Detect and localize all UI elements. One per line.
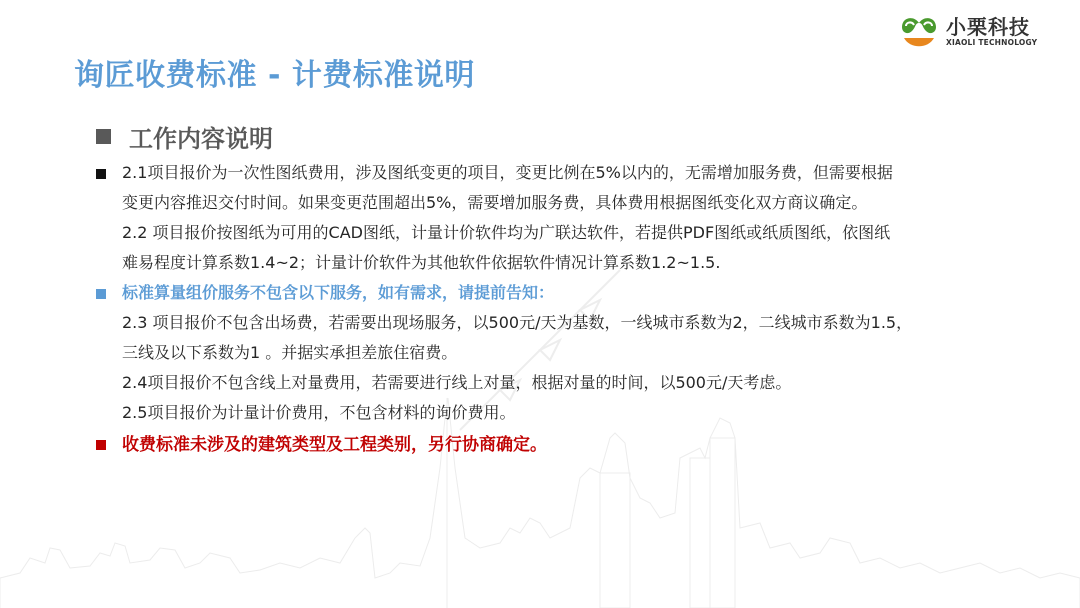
chestnut-logo-icon: [896, 13, 942, 51]
exclusions-heading: 标准算量组价服务不包含以下服务，如有需求，请提前告知：: [122, 278, 554, 308]
list-item: 2.1项目报价为一次性图纸费用，涉及图纸变更的项目，变更比例在5%以内的，无需增…: [96, 158, 1016, 278]
square-bullet-icon: [96, 129, 111, 144]
item-line: 2.3 项目报价不包含出场费，若需要出现场服务，以500元/天为基数，一线城市系…: [122, 308, 1016, 338]
item-line: 2.5项目报价为计量计价费用，不包含材料的询价费用。: [122, 398, 1016, 428]
page-title: 询匠收费标准 - 计费标准说明: [74, 50, 475, 94]
item-line: 2.4项目报价不包含线上对量费用，若需要进行线上对量，根据对量的时间，以500元…: [122, 368, 1016, 398]
list-item: 收费标准未涉及的建筑类型及工程类别，另行协商确定。: [96, 428, 1016, 462]
red-square-bullet-icon: [96, 440, 106, 450]
list-item: 标准算量组价服务不包含以下服务，如有需求，请提前告知：: [96, 278, 1016, 308]
item-line: 2.2 项目报价按图纸为可用的CAD图纸，计量计价软件均为广联达软件，若提供PD…: [122, 218, 893, 248]
logo-name-en: XIAOLI TECHNOLOGY: [946, 38, 1037, 48]
blue-square-bullet-icon: [96, 289, 106, 299]
note-heading: 收费标准未涉及的建筑类型及工程类别，另行协商确定。: [122, 428, 547, 462]
content-area: 工作内容说明 2.1项目报价为一次性图纸费用，涉及图纸变更的项目，变更比例在5%…: [96, 118, 1016, 462]
logo-name-cn: 小栗科技: [946, 16, 1037, 38]
item-line: 变更内容推迟交付时间。如果变更范围超出5%，需要增加服务费，具体费用根据图纸变化…: [122, 188, 893, 218]
black-square-bullet-icon: [96, 169, 106, 179]
item-line: 三线及以下系数为1 。并据实承担差旅住宿费。: [122, 338, 1016, 368]
company-logo: 小栗科技 XIAOLI TECHNOLOGY: [896, 12, 1056, 52]
section-heading-text: 工作内容说明: [129, 119, 273, 154]
item-line: 难易程度计算系数1.4~2；计量计价软件为其他软件依据软件情况计算系数1.2~1…: [122, 248, 893, 278]
item-line: 2.1项目报价为一次性图纸费用，涉及图纸变更的项目，变更比例在5%以内的，无需增…: [122, 158, 893, 188]
section-heading: 工作内容说明: [96, 118, 1016, 154]
